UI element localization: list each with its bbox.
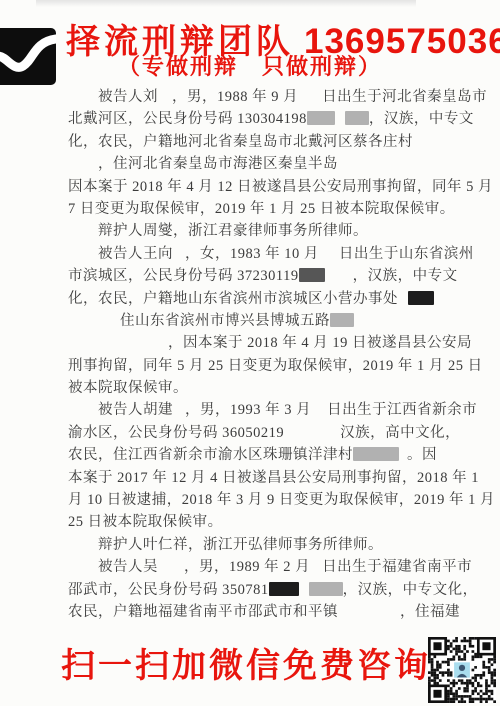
blank-space — [68, 323, 120, 325]
blank-space — [325, 278, 353, 280]
document-text: ，汉族，中专文 — [353, 268, 458, 284]
redaction-box — [353, 447, 399, 461]
footer-text: 扫一扫加微信免费咨询 — [61, 650, 431, 684]
document-text: 北戴河区，公民身份号码 130304198 — [68, 111, 307, 127]
document-line: 化，农民，户籍地河北省秦皇岛市北戴河区蔡各庄村 — [68, 131, 452, 153]
scanned-legal-document-page: 择流刑辩团队13695750368 （专做刑辩 只做刑辩） 被告人刘，男，198… — [0, 0, 500, 706]
blank-space — [310, 569, 322, 571]
blank-space — [298, 99, 322, 101]
document-line: 市滨城区，公民身份号码 37230119，汉族，中专文 — [68, 265, 452, 287]
document-text: 汉族，高中文化， — [340, 425, 460, 441]
document-line: 月 10 日被逮捕，2018 年 3 月 9 日变更为取保候审，2019 年 1… — [68, 489, 452, 511]
document-line: 邵武市，公民身份号码 350781，汉族，中专文化， — [68, 579, 452, 601]
document-text: 农民，住江西省新余市渝水区珠珊镇洋津村 — [68, 447, 353, 463]
document-text: 日出生于河北省秦皇岛市 — [322, 89, 487, 105]
document-text: 化，农民，户籍地河北省秦皇岛市北戴河区蔡各庄村 — [68, 134, 413, 150]
document-line: 农民，住江西省新余市渝水区珠珊镇洋津村。因 — [68, 444, 452, 466]
header-subtitle: （专做刑辩 只做刑辩） — [118, 56, 382, 78]
document-body: 被告人刘，男，1988 年 9 月日出生于河北省秦皇岛市北戴河区，公民身份号码 … — [68, 86, 452, 623]
blank-space — [399, 457, 407, 459]
redaction-box — [408, 291, 434, 305]
document-text: 刑事拘留，同年 5 月 25 日变更为取保候审，2019 年 1 月 25 日 — [68, 358, 483, 374]
document-text: 邵武市，公民身份号码 350781 — [68, 582, 269, 598]
blank-space — [338, 614, 400, 616]
document-text: ，男，1988 年 9 月 — [172, 89, 298, 105]
wechat-qr-code — [428, 637, 496, 703]
document-text: 被本院取保候审。 — [68, 380, 188, 396]
redaction-box — [307, 111, 335, 125]
document-line: 被告人刘，男，1988 年 9 月日出生于河北省秦皇岛市 — [68, 86, 452, 108]
blank-space — [398, 301, 408, 303]
document-line: 辩护人周燮，浙江君豪律师事务所律师。 — [68, 220, 452, 242]
document-line: 化，农民，户籍地山东省滨州市滨城区小营办事处 — [68, 288, 452, 310]
document-line: 被告人王向，女，1983 年 10 月日出生于山东省滨州 — [68, 243, 452, 265]
document-text: 被告人吴 — [98, 559, 158, 575]
document-text: 日出生于福建省南平市 — [322, 559, 472, 575]
document-text: ，汉族，中专文化， — [343, 582, 478, 598]
document-line: 25 日被本院取保候审。 — [68, 511, 452, 533]
document-text: 辩护人叶仁祥，浙江开弘律师事务所律师。 — [98, 537, 383, 553]
scan-artifact-streak — [36, 0, 416, 7]
document-line: 被本院取保候审。 — [68, 377, 452, 399]
blank-space — [335, 121, 345, 123]
qr-pattern — [428, 637, 496, 703]
redaction-box — [269, 582, 299, 596]
document-line: 被告人吴，男，1989 年 2 月日出生于福建省南平市 — [68, 556, 452, 578]
blank-space — [434, 301, 440, 303]
document-text: 25 日被本院取保候审。 — [68, 514, 223, 530]
qr-avatar — [452, 661, 471, 679]
document-text: 农民，户籍地福建省南平市邵武市和平镇 — [68, 604, 338, 620]
document-text: ，因本案于 2018 年 4 月 19 日被遂昌县公安局 — [168, 335, 472, 351]
document-text: 日出生于江西省新余市 — [327, 402, 477, 418]
blank-space — [413, 144, 419, 146]
document-text: 市滨城区，公民身份号码 37230119 — [68, 268, 299, 284]
blank-space — [319, 256, 339, 258]
blank-space — [299, 592, 309, 594]
document-text: ，男，1989 年 2 月 — [184, 559, 310, 575]
redaction-box — [309, 582, 343, 596]
document-text: 住山东省滨州市博兴县博城五路 — [120, 313, 330, 329]
document-line: 因本案于 2018 年 4 月 12 日被遂昌县公安局刑事拘留，同年 5 月 — [68, 176, 452, 198]
document-line: 渝水区，公民身份号码 36050219汉族，高中文化， — [68, 422, 452, 444]
blank-space — [173, 256, 185, 258]
document-text: ，住福建 — [400, 604, 460, 620]
document-line: 住山东省滨州市博兴县博城五路 — [68, 310, 452, 332]
document-line: 辩护人叶仁祥，浙江开弘律师事务所律师。 — [68, 534, 452, 556]
document-line: 被告人胡建，男，1993 年 3 月日出生于江西省新余市 — [68, 399, 452, 421]
document-text: 渝水区，公民身份号码 36050219 — [68, 425, 284, 441]
document-text: 化，农民，户籍地山东省滨州市滨城区小营办事处 — [68, 291, 398, 307]
blank-space — [158, 569, 184, 571]
redaction-box — [345, 111, 369, 125]
document-line: ，因本案于 2018 年 4 月 19 日被遂昌县公安局 — [68, 332, 452, 354]
blank-space — [173, 412, 185, 414]
document-line: 农民，户籍地福建省南平市邵武市和平镇，住福建 — [68, 601, 452, 623]
document-line: 本案于 2017 年 12 月 4 日被遂昌县公安局刑事拘留，2018 年 1 — [68, 467, 452, 489]
redaction-box — [299, 268, 325, 282]
blank-space — [68, 345, 168, 347]
document-text: ，住河北省秦皇岛市海港区秦皇半岛 — [98, 156, 338, 172]
document-text: 辩护人周燮，浙江君豪律师事务所律师。 — [98, 223, 368, 239]
redaction-box — [330, 313, 354, 327]
document-text: ，女，1983 年 10 月 — [185, 246, 319, 262]
document-line: 刑事拘留，同年 5 月 25 日变更为取保候审，2019 年 1 月 25 日 — [68, 355, 452, 377]
document-text: 因本案于 2018 年 4 月 12 日被遂昌县公安局刑事拘留，同年 5 月 — [68, 179, 493, 195]
blank-space — [68, 166, 98, 168]
document-line: 7 日变更为取保候审，2019 年 1 月 25 日被本院取保候审。 — [68, 198, 452, 220]
blank-space — [311, 412, 327, 414]
blank-space — [284, 435, 340, 437]
document-text: ，汉族，中专文 — [369, 111, 474, 127]
document-text: 被告人王向 — [98, 246, 173, 262]
river-wave-logo-icon — [0, 28, 56, 85]
document-text: 日出生于山东省滨州 — [339, 246, 474, 262]
document-line: 北戴河区，公民身份号码 130304198，汉族，中专文 — [68, 108, 452, 130]
document-text: ，男，1993 年 3 月 — [185, 402, 311, 418]
document-text: 被告人刘 — [98, 89, 158, 105]
document-text: 被告人胡建 — [98, 402, 173, 418]
blank-space — [158, 99, 172, 101]
document-text: 月 10 日被逮捕，2018 年 3 月 9 日变更为取保候审，2019 年 1… — [68, 492, 495, 508]
document-text: 本案于 2017 年 12 月 4 日被遂昌县公安局刑事拘留，2018 年 1 — [68, 470, 479, 486]
document-text: 7 日变更为取保候审，2019 年 1 月 25 日被本院取保候审。 — [68, 201, 455, 217]
document-line: ，住河北省秦皇岛市海港区秦皇半岛 — [68, 153, 452, 175]
document-text: 。因 — [407, 447, 437, 463]
